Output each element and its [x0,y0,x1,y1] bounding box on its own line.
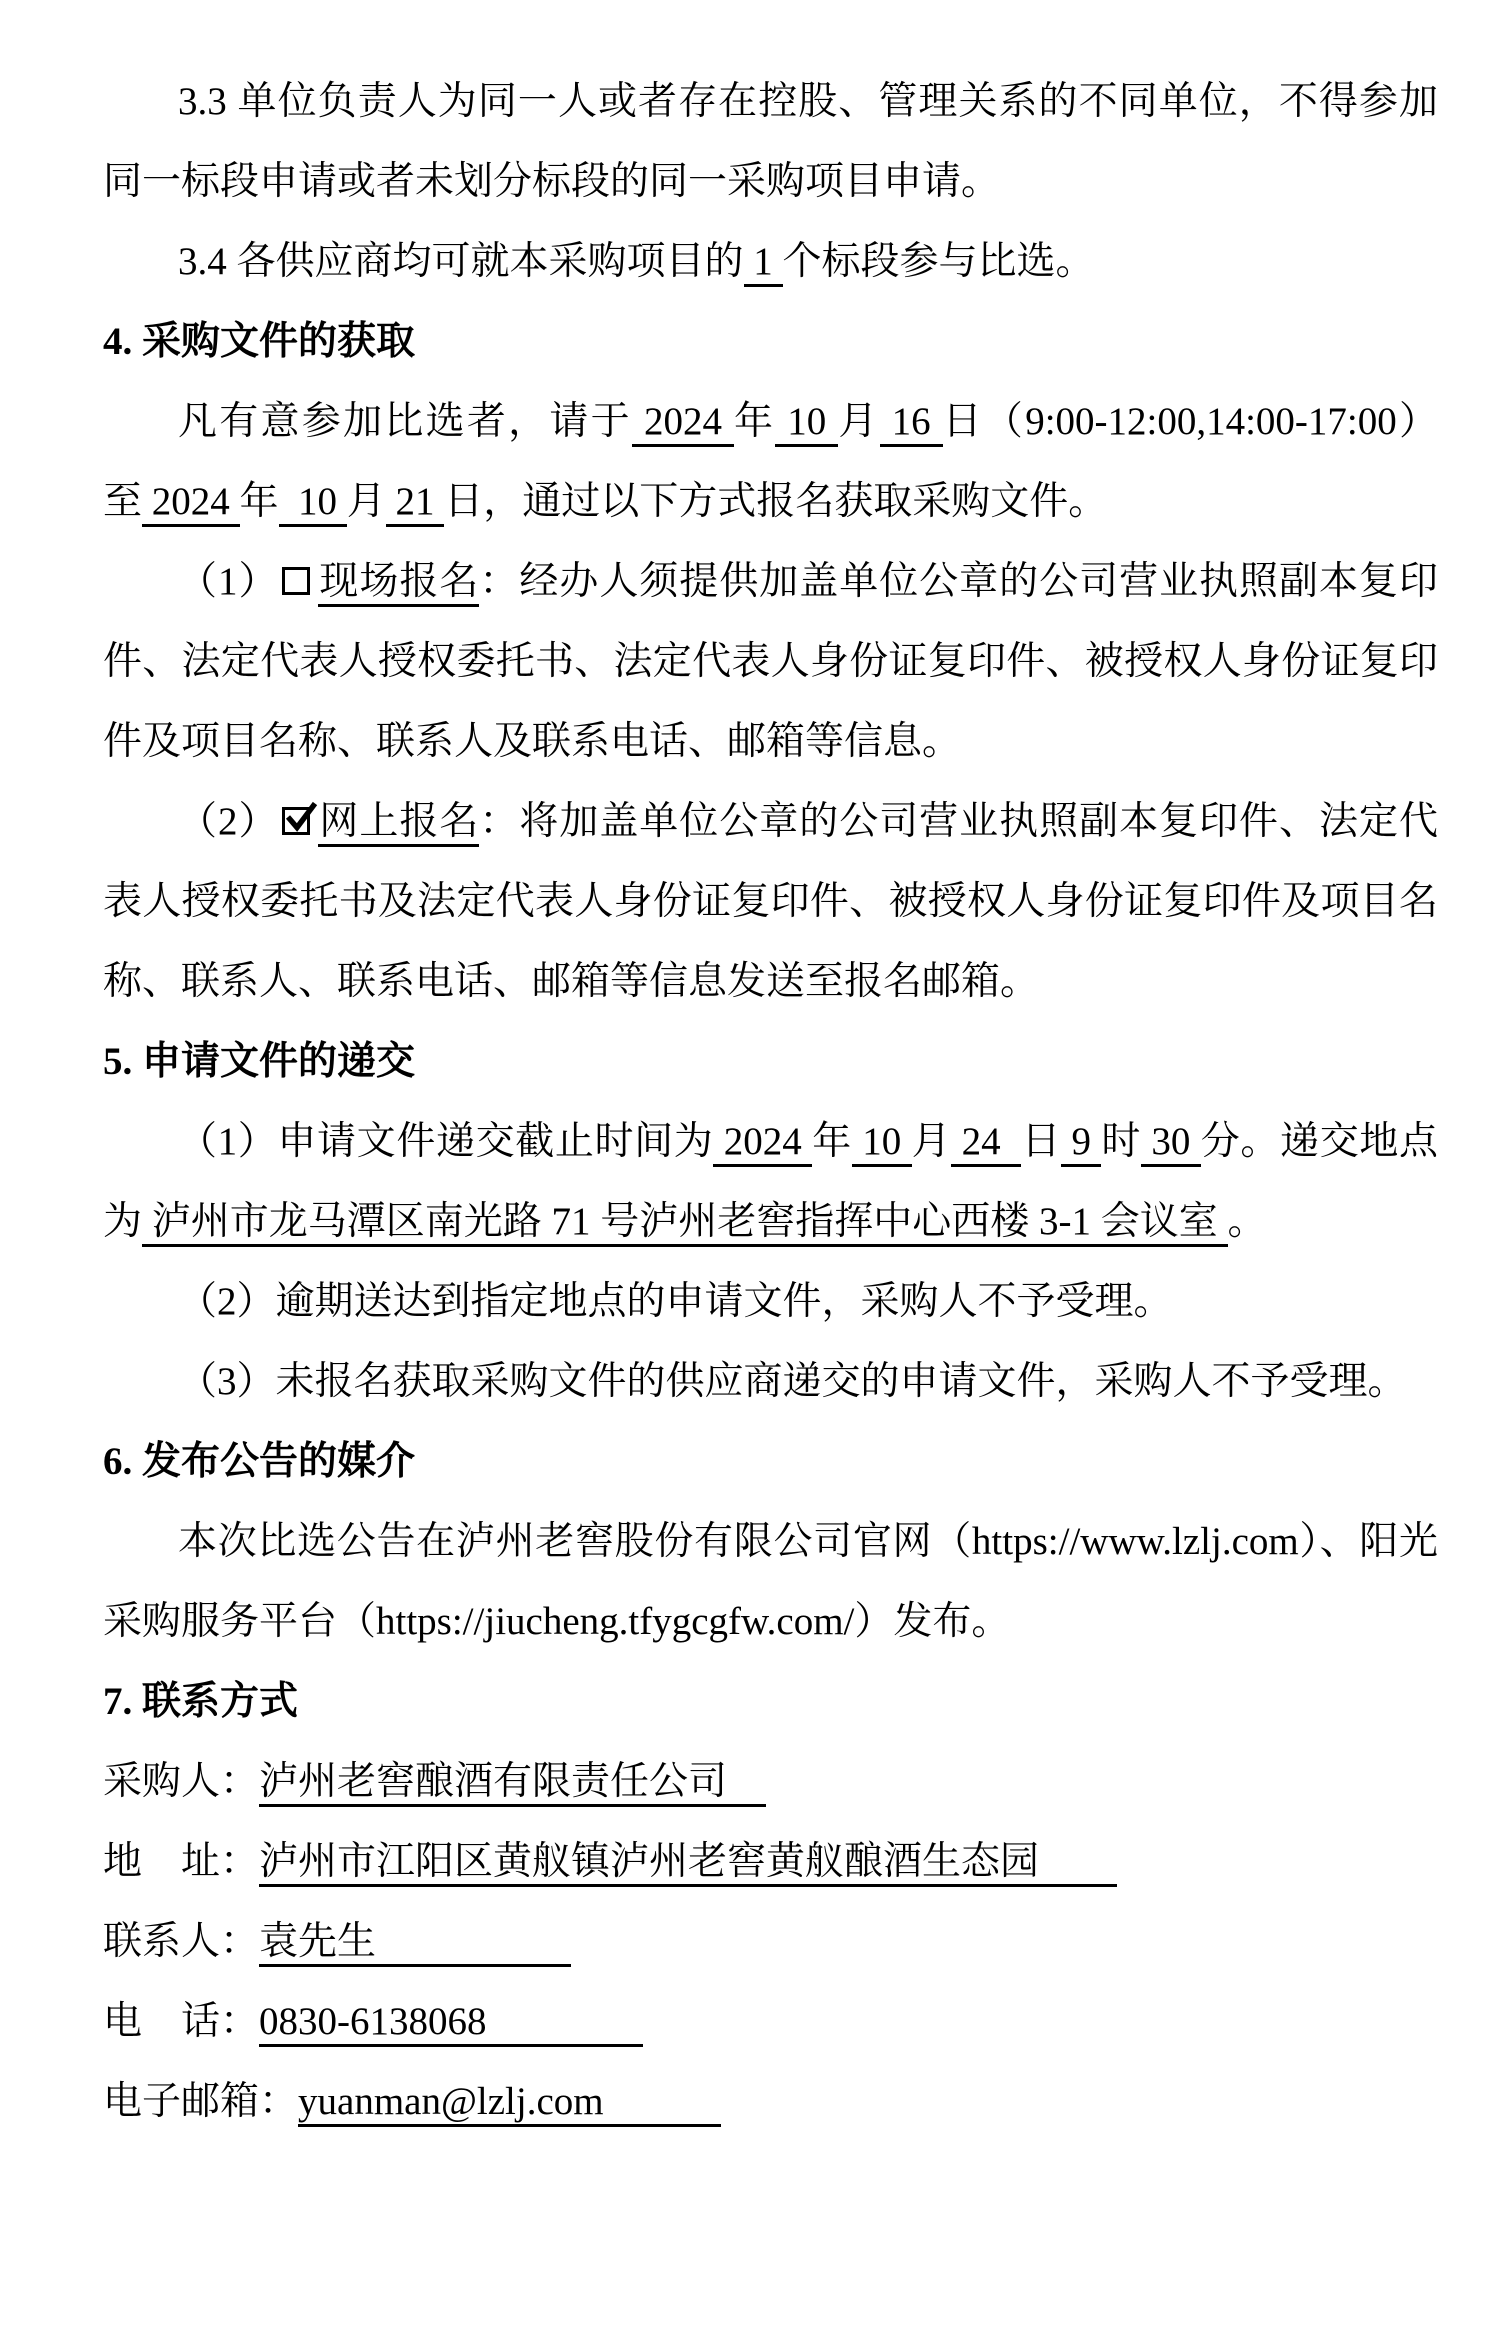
text-run: （1） [178,560,278,603]
contact-phone: 电 话：0830-6138068 [103,1982,1438,2062]
text-run: 日 [1021,1120,1061,1163]
clause-3-4: 3.4 各供应商均可就本采购项目的 1 个标段参与比选。 [103,222,1438,302]
para-late-submission: （2）逾期送达到指定地点的申请文件，采购人不予受理。 [103,1262,1438,1342]
checkbox-unchecked-icon [282,567,310,595]
clause-3-3: 3.3 单位负责人为同一人或者存在控股、管理关系的不同单位，不得参加同一标段申请… [103,62,1438,222]
underlined-text-run: 2024 [142,480,240,527]
underlined-text-run: 泸州市龙马潭区南光路 71 号泸州老窖指挥中心西楼 3-1 会议室 [142,1200,1228,1247]
para-announcement-media: 本次比选公告在泸州老窖股份有限公司官网（https://www.lzlj.com… [103,1502,1438,1662]
text-run: （2） [178,800,278,843]
underlined-text-run: yuanman@lzlj.com [298,2080,721,2127]
para-submission-deadline: （1）申请文件递交截止时间为 2024 年 10 月 24 日 9 时 30 分… [103,1102,1438,1262]
text-run: 年 [240,480,279,523]
section-5-heading: 5. 申请文件的递交 [103,1022,1438,1102]
text-run: 联系人： [103,1920,259,1963]
underlined-text-run: 1 [744,240,783,287]
underlined-text-run: 现场报名 [318,560,479,607]
text-run: 个标段参与比选。 [783,240,1095,283]
contact-purchaser: 采购人：泸州老窖酿酒有限责任公司 [103,1742,1438,1822]
text-run: 7. 联系方式 [103,1680,298,1723]
underlined-text-run: 泸州老窖酿酒有限责任公司 [259,1760,766,1807]
underlined-text-run: 16 [880,400,943,447]
contact-email: 电子邮箱：yuanman@lzlj.com [103,2062,1438,2142]
text-run: （3）未报名获取采购文件的供应商递交的申请文件，采购人不予受理。 [178,1360,1407,1403]
text-run: 时 [1101,1120,1141,1163]
text-run: 4. 采购文件的获取 [103,320,415,363]
text-run: 。 [1228,1200,1267,1243]
contact-address: 地 址：泸州市江阳区黄舣镇泸州老窖黄舣酿酒生态园 [103,1822,1438,1902]
underlined-text-run: 10 [279,480,347,527]
text-run: （1）申请文件递交截止时间为 [178,1120,713,1163]
para-unregistered-supplier: （3）未报名获取采购文件的供应商递交的申请文件，采购人不予受理。 [103,1342,1438,1422]
underlined-text-run: 袁先生 [259,1920,571,1967]
text-run: 月 [838,400,879,443]
text-run: 3.3 单位负责人为同一人或者存在控股、管理关系的不同单位，不得参加同一标段申请… [103,80,1438,203]
text-run: 年 [734,400,775,443]
text-run: 年 [812,1120,852,1163]
checkbox-checked-icon [282,807,310,835]
underlined-text-run: 30 [1141,1120,1201,1167]
text-run: 3.4 各供应商均可就本采购项目的 [178,240,744,283]
section-4-heading: 4. 采购文件的获取 [103,302,1438,382]
underlined-text-run: 2024 [713,1120,812,1167]
underlined-text-run: 泸州市江阳区黄舣镇泸州老窖黄舣酿酒生态园 [259,1840,1117,1887]
text-run: 日，通过以下方式报名获取采购文件。 [444,480,1107,523]
text-run: 本次比选公告在泸州老窖股份有限公司官网（https://www.lzlj.com… [103,1520,1438,1643]
text-run: 5. 申请文件的递交 [103,1040,415,1083]
underlined-text-run: 0830-6138068 [259,2000,643,2047]
underlined-text-run: 9 [1061,1120,1101,1167]
para-onsite-registration: （1）现场报名：经办人须提供加盖单位公章的公司营业执照副本复印件、法定代表人授权… [103,542,1438,782]
text-run: 6. 发布公告的媒介 [103,1440,415,1483]
text-run: 电 话： [103,2000,259,2043]
section-6-heading: 6. 发布公告的媒介 [103,1422,1438,1502]
underlined-text-run: 21 [386,480,445,527]
text-run: 月 [912,1120,952,1163]
text-run: 凡有意参加比选者，请于 [178,400,632,443]
para-online-registration: （2）网上报名：将加盖单位公章的公司营业执照副本复印件、法定代表人授权委托书及法… [103,782,1438,1022]
text-run: 电子邮箱： [103,2080,298,2123]
text-run: 月 [347,480,386,523]
document-body: 3.3 单位负责人为同一人或者存在控股、管理关系的不同单位，不得参加同一标段申请… [103,62,1438,2142]
document-page: 3.3 单位负责人为同一人或者存在控股、管理关系的不同单位，不得参加同一标段申请… [0,0,1500,2342]
underlined-text-run: 24 [951,1120,1021,1167]
para-obtain: 凡有意参加比选者，请于 2024 年 10 月 16 日（9:00-12:00,… [103,382,1438,542]
underlined-text-run: 2024 [632,400,734,447]
section-7-heading: 7. 联系方式 [103,1662,1438,1742]
text-run: 采购人： [103,1760,259,1803]
underlined-text-run: 10 [852,1120,912,1167]
text-run: 地 址： [103,1840,259,1883]
underlined-text-run: 10 [775,400,838,447]
underlined-text-run: 网上报名 [318,800,479,847]
contact-person: 联系人：袁先生 [103,1902,1438,1982]
text-run: （2）逾期送达到指定地点的申请文件，采购人不予受理。 [178,1280,1173,1323]
